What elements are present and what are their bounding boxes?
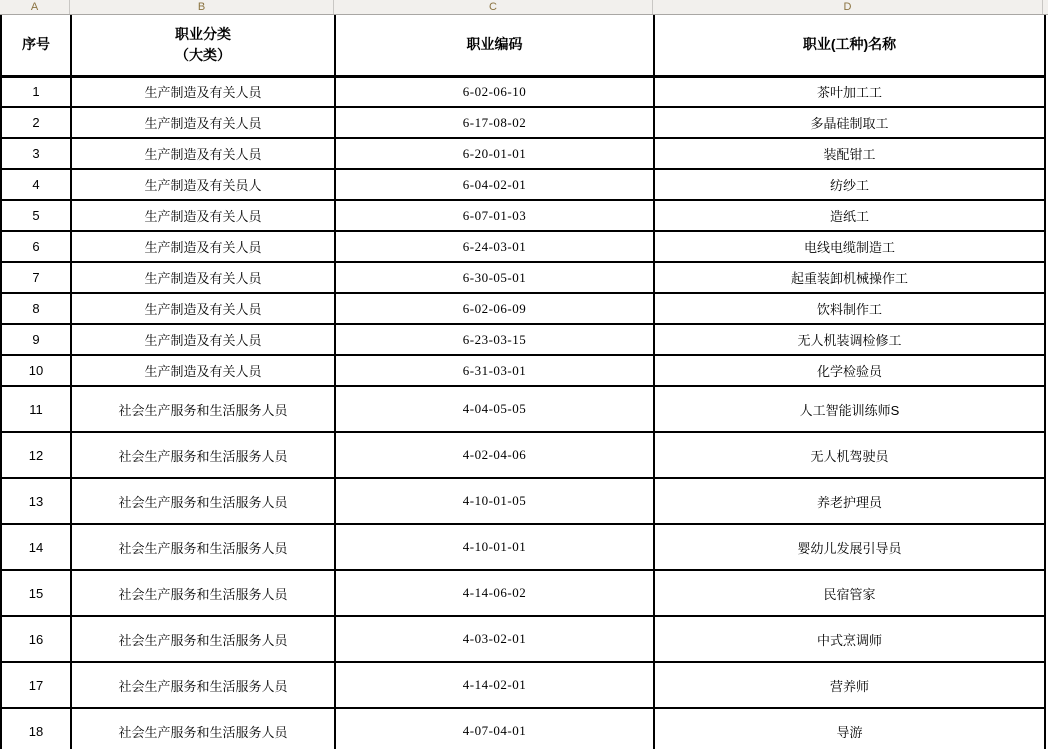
cell-category[interactable]: 社会生产服务和生活服务人员 — [71, 662, 335, 708]
cell-category[interactable]: 生产制造及有关员人 — [71, 169, 335, 200]
cell-row-number[interactable]: 6 — [1, 231, 71, 262]
table-row: 16社会生产服务和生活服务人员4-03-02-01中式烹调师 — [1, 616, 1045, 662]
cell-name[interactable]: 电线电缆制造工 — [654, 231, 1045, 262]
cell-category[interactable]: 生产制造及有关人员 — [71, 262, 335, 293]
cell-name[interactable]: 养老护理员 — [654, 478, 1045, 524]
table-row: 6生产制造及有关人员6-24-03-01电线电缆制造工 — [1, 231, 1045, 262]
cell-name[interactable]: 无人机装调检修工 — [654, 324, 1045, 355]
table-row: 12社会生产服务和生活服务人员4-02-04-06无人机驾驶员 — [1, 432, 1045, 478]
cell-name[interactable]: 饮料制作工 — [654, 293, 1045, 324]
table-row: 7生产制造及有关人员6-30-05-01起重装卸机械操作工 — [1, 262, 1045, 293]
table-row: 13社会生产服务和生活服务人员4-10-01-05养老护理员 — [1, 478, 1045, 524]
table-row: 9生产制造及有关人员6-23-03-15无人机装调检修工 — [1, 324, 1045, 355]
column-header-C[interactable]: C — [334, 0, 653, 14]
cell-row-number[interactable]: 8 — [1, 293, 71, 324]
cell-code[interactable]: 6-02-06-09 — [335, 293, 654, 324]
cell-category[interactable]: 生产制造及有关人员 — [71, 231, 335, 262]
cell-row-number[interactable]: 13 — [1, 478, 71, 524]
cell-name[interactable]: 中式烹调师 — [654, 616, 1045, 662]
table-row: 4生产制造及有关员人6-04-02-01纺纱工 — [1, 169, 1045, 200]
cell-category[interactable]: 生产制造及有关人员 — [71, 324, 335, 355]
cell-row-number[interactable]: 9 — [1, 324, 71, 355]
cell-name[interactable]: 造纸工 — [654, 200, 1045, 231]
cell-row-number[interactable]: 15 — [1, 570, 71, 616]
cell-row-number[interactable]: 3 — [1, 138, 71, 169]
cell-row-number[interactable]: 11 — [1, 386, 71, 432]
cell-row-number[interactable]: 14 — [1, 524, 71, 570]
cell-row-number[interactable]: 7 — [1, 262, 71, 293]
cell-code[interactable]: 6-07-01-03 — [335, 200, 654, 231]
cell-category[interactable]: 社会生产服务和生活服务人员 — [71, 708, 335, 749]
cell-code[interactable]: 6-17-08-02 — [335, 107, 654, 138]
cell-code[interactable]: 4-14-02-01 — [335, 662, 654, 708]
cell-code[interactable]: 6-30-05-01 — [335, 262, 654, 293]
cell-category[interactable]: 生产制造及有关人员 — [71, 76, 335, 107]
column-header-partial — [1043, 0, 1048, 14]
cell-code[interactable]: 6-02-06-10 — [335, 76, 654, 107]
cell-name[interactable]: 导游 — [654, 708, 1045, 749]
table-row: 14社会生产服务和生活服务人员4-10-01-01婴幼儿发展引导员 — [1, 524, 1045, 570]
table-row: 2生产制造及有关人员6-17-08-02多晶硅制取工 — [1, 107, 1045, 138]
table-row: 1生产制造及有关人员6-02-06-10茶叶加工工 — [1, 76, 1045, 107]
cell-category[interactable]: 生产制造及有关人员 — [71, 293, 335, 324]
cell-name[interactable]: 营养师 — [654, 662, 1045, 708]
cell-row-number[interactable]: 2 — [1, 107, 71, 138]
cell-code[interactable]: 6-23-03-15 — [335, 324, 654, 355]
cell-name[interactable]: 茶叶加工工 — [654, 76, 1045, 107]
occupation-table: 序号 职业分类 （大类） 职业编码 职业(工种)名称 1生产制造及有关人员6-0… — [0, 15, 1046, 749]
cell-category[interactable]: 生产制造及有关人员 — [71, 355, 335, 386]
table-row: 5生产制造及有关人员6-07-01-03造纸工 — [1, 200, 1045, 231]
table-row: 18社会生产服务和生活服务人员4-07-04-01导游 — [1, 708, 1045, 749]
cell-name[interactable]: 婴幼儿发展引导员 — [654, 524, 1045, 570]
cell-code[interactable]: 4-14-06-02 — [335, 570, 654, 616]
header-occupation-code[interactable]: 职业编码 — [335, 15, 654, 76]
cell-code[interactable]: 6-20-01-01 — [335, 138, 654, 169]
cell-category[interactable]: 生产制造及有关人员 — [71, 200, 335, 231]
cell-name[interactable]: 民宿管家 — [654, 570, 1045, 616]
cell-code[interactable]: 6-04-02-01 — [335, 169, 654, 200]
cell-name[interactable]: 多晶硅制取工 — [654, 107, 1045, 138]
cell-code[interactable]: 4-03-02-01 — [335, 616, 654, 662]
cell-row-number[interactable]: 17 — [1, 662, 71, 708]
cell-row-number[interactable]: 18 — [1, 708, 71, 749]
cell-row-number[interactable]: 10 — [1, 355, 71, 386]
cell-name[interactable]: 纺纱工 — [654, 169, 1045, 200]
cell-name[interactable]: 无人机驾驶员 — [654, 432, 1045, 478]
table-row: 11社会生产服务和生活服务人员4-04-05-05人工智能训练师S — [1, 386, 1045, 432]
cell-code[interactable]: 4-04-05-05 — [335, 386, 654, 432]
cell-name[interactable]: 装配钳工 — [654, 138, 1045, 169]
cell-name[interactable]: 化学检验员 — [654, 355, 1045, 386]
cell-name[interactable]: 人工智能训练师S — [654, 386, 1045, 432]
table-row: 8生产制造及有关人员6-02-06-09饮料制作工 — [1, 293, 1045, 324]
table-row: 15社会生产服务和生活服务人员4-14-06-02民宿管家 — [1, 570, 1045, 616]
cell-row-number[interactable]: 16 — [1, 616, 71, 662]
table-row: 17社会生产服务和生活服务人员4-14-02-01营养师 — [1, 662, 1045, 708]
table-body: 1生产制造及有关人员6-02-06-10茶叶加工工2生产制造及有关人员6-17-… — [1, 76, 1045, 749]
cell-category[interactable]: 社会生产服务和生活服务人员 — [71, 570, 335, 616]
table-header-row: 序号 职业分类 （大类） 职业编码 职业(工种)名称 — [1, 15, 1045, 76]
column-header-strip: ABCD — [0, 0, 1048, 15]
cell-category[interactable]: 社会生产服务和生活服务人员 — [71, 616, 335, 662]
cell-category[interactable]: 社会生产服务和生活服务人员 — [71, 432, 335, 478]
cell-category[interactable]: 社会生产服务和生活服务人员 — [71, 524, 335, 570]
cell-row-number[interactable]: 12 — [1, 432, 71, 478]
cell-code[interactable]: 4-07-04-01 — [335, 708, 654, 749]
cell-code[interactable]: 4-10-01-01 — [335, 524, 654, 570]
column-header-A[interactable]: A — [0, 0, 70, 14]
cell-row-number[interactable]: 4 — [1, 169, 71, 200]
table-row: 10生产制造及有关人员6-31-03-01化学检验员 — [1, 355, 1045, 386]
table-row: 3生产制造及有关人员6-20-01-01装配钳工 — [1, 138, 1045, 169]
cell-category[interactable]: 生产制造及有关人员 — [71, 138, 335, 169]
cell-row-number[interactable]: 1 — [1, 76, 71, 107]
header-occupation-class[interactable]: 职业分类 （大类） — [71, 15, 335, 76]
cell-category[interactable]: 生产制造及有关人员 — [71, 107, 335, 138]
cell-code[interactable]: 6-31-03-01 — [335, 355, 654, 386]
cell-row-number[interactable]: 5 — [1, 200, 71, 231]
cell-code[interactable]: 6-24-03-01 — [335, 231, 654, 262]
cell-code[interactable]: 4-02-04-06 — [335, 432, 654, 478]
column-header-B[interactable]: B — [70, 0, 334, 14]
column-header-D[interactable]: D — [653, 0, 1043, 14]
cell-category[interactable]: 社会生产服务和生活服务人员 — [71, 478, 335, 524]
header-occupation-name[interactable]: 职业(工种)名称 — [654, 15, 1045, 76]
cell-category[interactable]: 社会生产服务和生活服务人员 — [71, 386, 335, 432]
cell-code[interactable]: 4-10-01-05 — [335, 478, 654, 524]
cell-name[interactable]: 起重装卸机械操作工 — [654, 262, 1045, 293]
header-serial-number[interactable]: 序号 — [1, 15, 71, 76]
